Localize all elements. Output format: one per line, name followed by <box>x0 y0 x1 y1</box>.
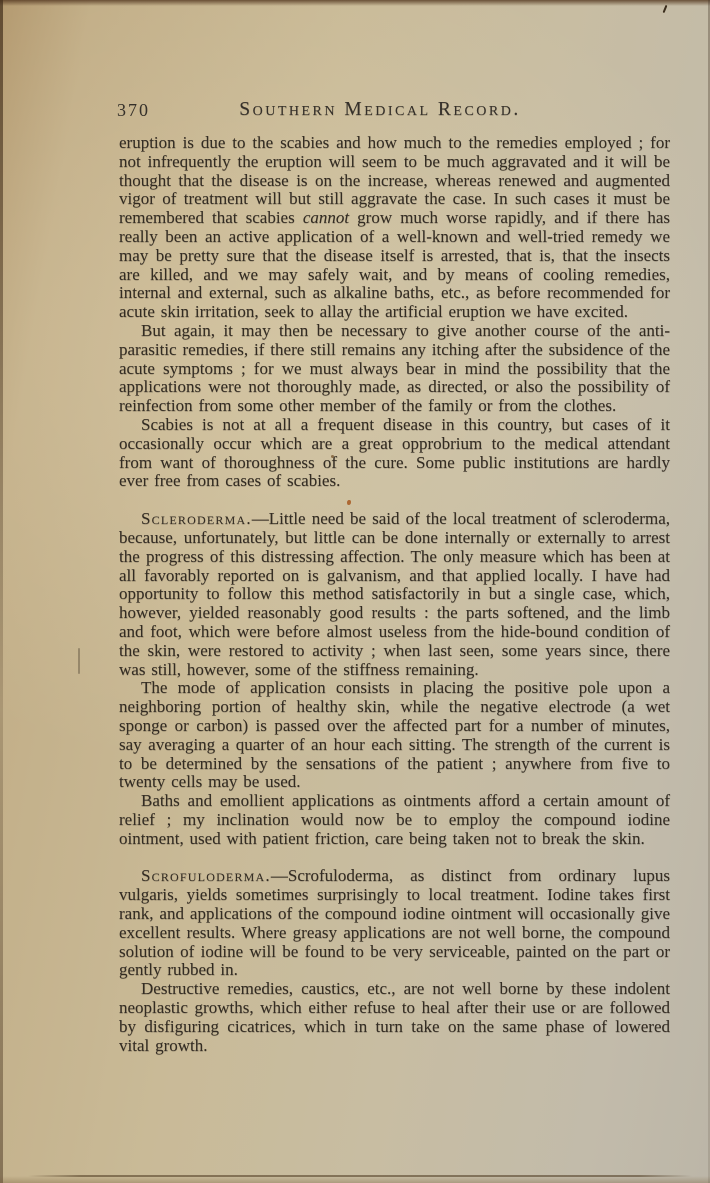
text-segment: The mode of application consists in plac… <box>119 678 670 791</box>
text-body: eruption is due to the scabies and how m… <box>119 134 670 1055</box>
section-heading: Scleroderma. <box>141 509 252 528</box>
text-segment: cannot <box>303 208 349 227</box>
text-segment: —Little need be said of the local treatm… <box>119 509 670 678</box>
text-segment: Destructive remedies, caustics, etc., ar… <box>119 979 670 1054</box>
scan-edge-left <box>0 0 3 1183</box>
scan-edge-bottom <box>0 1176 710 1183</box>
paragraph-1: eruption is due to the scabies and how m… <box>119 134 670 322</box>
page-bottom-crease <box>28 1175 692 1177</box>
ink-mark <box>663 5 668 13</box>
journal-title-header: Southern Medical Record. <box>104 99 656 121</box>
paragraph-6: Baths and emollient applications as oint… <box>119 792 670 848</box>
paragraph-8: Destructive remedies, caustics, etc., ar… <box>119 980 670 1055</box>
paragraph-5: The mode of application consists in plac… <box>119 679 670 792</box>
scanned-journal-page: 370 Southern Medical Record. eruption is… <box>0 0 710 1183</box>
paragraph-2: But again, it may then be necessary to g… <box>119 322 670 416</box>
paragraph-4: Scleroderma.—Little need be said of the … <box>119 510 670 679</box>
text-segment: Baths and emollient applications as oint… <box>119 791 670 848</box>
paragraph-3: Scabies is not at all a frequent disease… <box>119 416 670 491</box>
paragraph-7: Scrofuloderma.—Scrofuloderma, as distinc… <box>119 867 670 980</box>
section-heading: Scrofuloderma. <box>141 866 271 885</box>
text-segment: Scabies is not at all a frequent disease… <box>119 415 670 490</box>
text-segment: But again, it may then be necessary to g… <box>119 321 670 415</box>
scan-edge-top <box>0 0 710 6</box>
margin-crease <box>78 648 80 674</box>
